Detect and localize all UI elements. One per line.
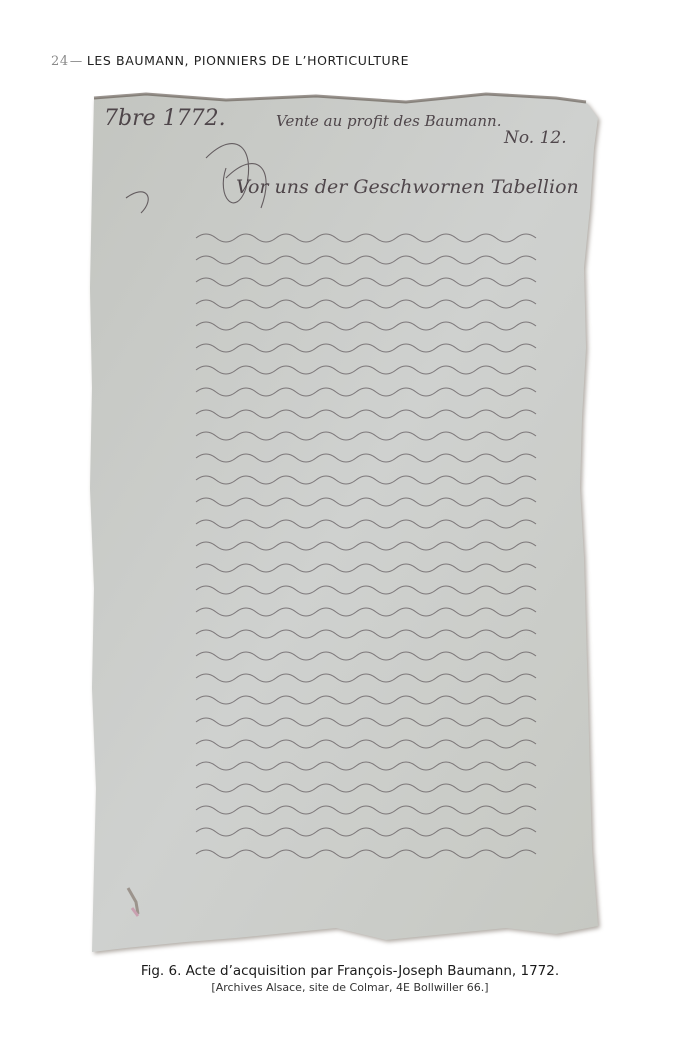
manuscript-title-note: Vente au profit des Baumann. [276,112,501,130]
separator: — [70,53,83,68]
caption-main: Fig. 6. Acte d’acquisition par François-… [0,963,700,979]
paper-shape [86,88,616,958]
running-head: 24—LES BAUMANN, PIONNIERS DE L’HORTICULT… [51,53,409,69]
caption-source: [Archives Alsace, site de Colmar, 4E Bol… [0,981,700,994]
manuscript-opening-line: Vor uns der Geschwornen Tabellion [236,176,579,198]
figure-caption: Fig. 6. Acte d’acquisition par François-… [0,963,700,994]
manuscript-date-note: 7bre 1772. [104,106,226,131]
manuscript-number-note: No. 12. [504,128,567,148]
manuscript-photo: 7bre 1772. Vente au profit des Baumann. … [86,88,616,958]
page-number: 24 [51,54,69,69]
running-title: LES BAUMANN, PIONNIERS DE L’HORTICULTURE [87,53,409,68]
